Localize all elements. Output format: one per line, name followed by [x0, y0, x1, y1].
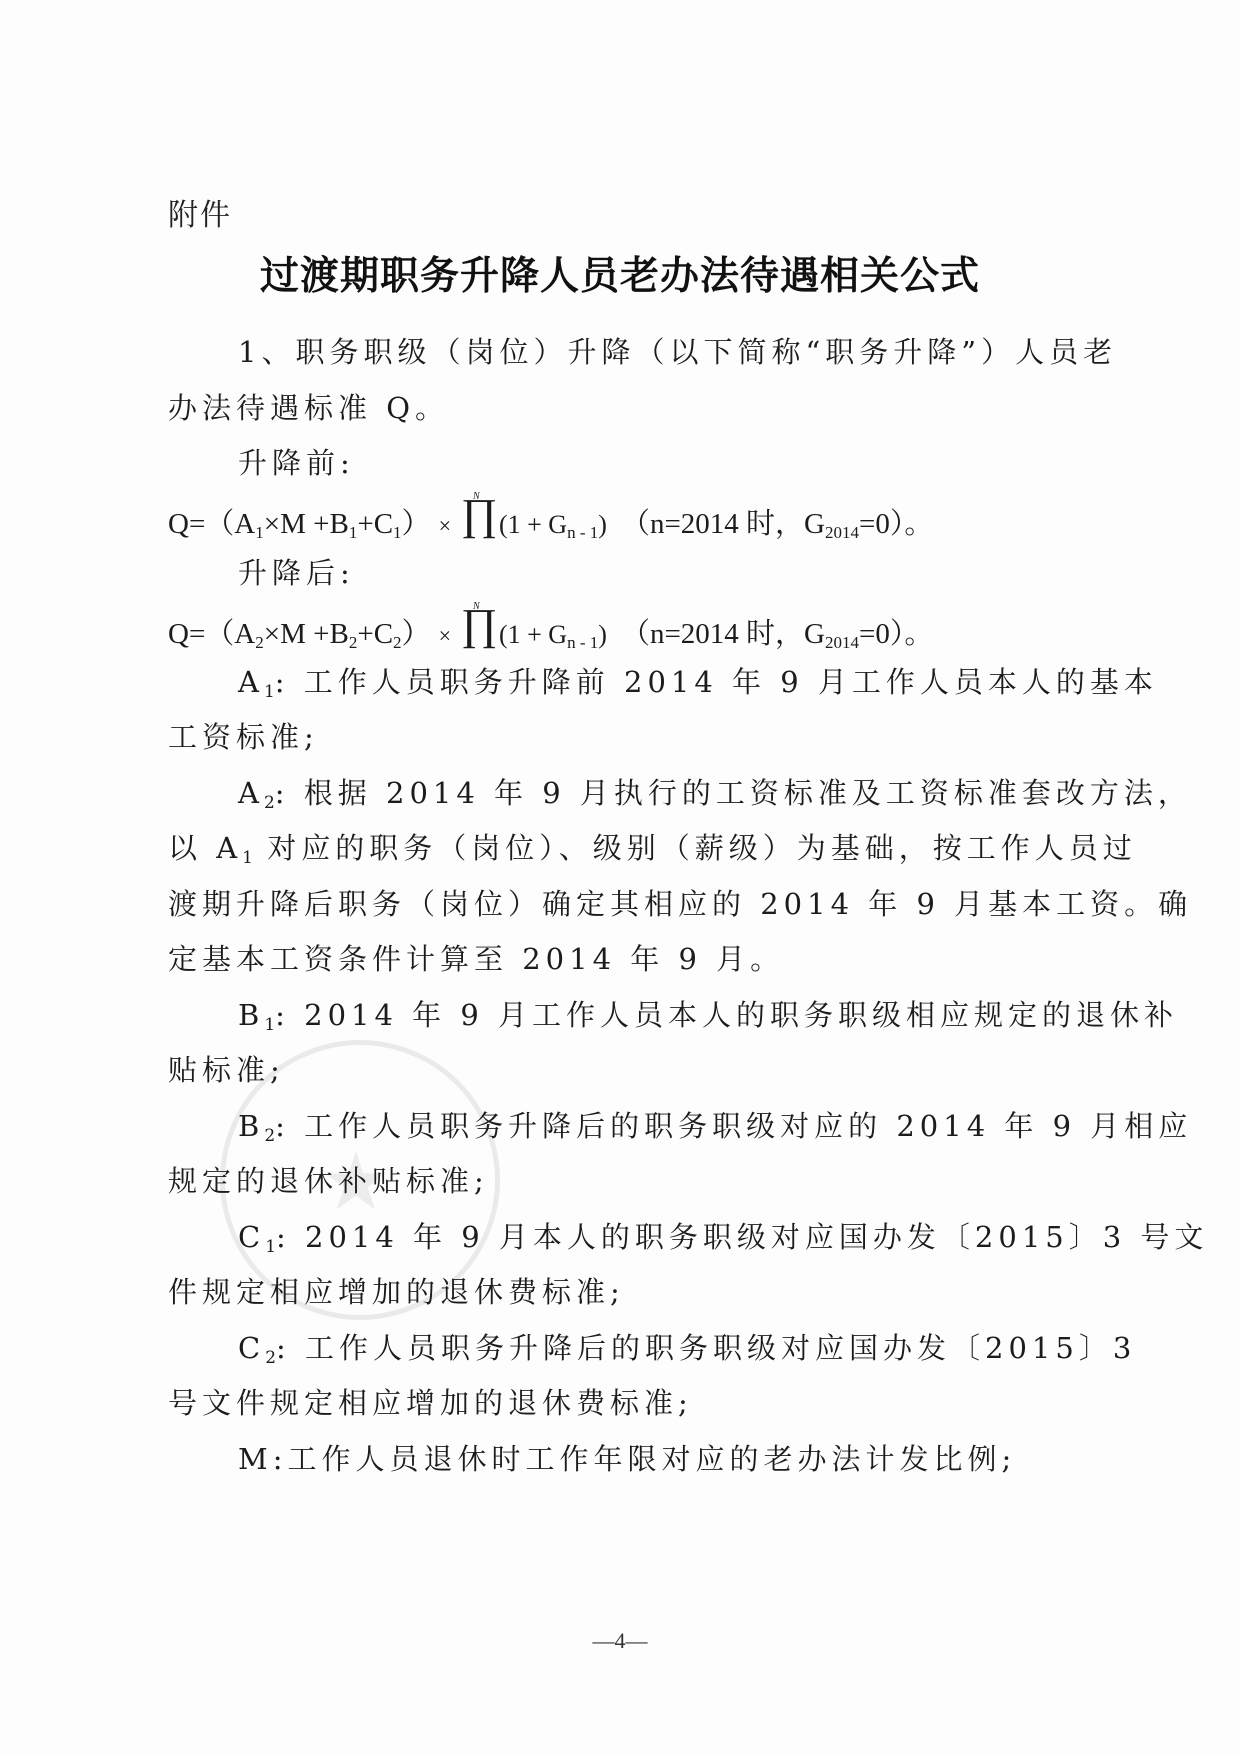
- definition-c2-line1: C2: 工作人员职务升降后的职务职级对应国办发〔2015〕3: [238, 1328, 1136, 1378]
- definition-b2-line1: B2: 工作人员职务升降后的职务职级对应的 2014 年 9 月相应: [238, 1106, 1192, 1156]
- definition-c1-line2: 件规定相应增加的退休费标准;: [168, 1272, 625, 1312]
- definition-m: M:工作人员退休时工作年限对应的老办法计发比例;: [238, 1439, 1016, 1479]
- section1-intro-line2: 办法待遇标准 Q。: [168, 388, 449, 428]
- page-number: —4—: [0, 1628, 1240, 1654]
- definition-a2-line1: A2: 根据 2014 年 9 月执行的工资标准及工资标准套改方法，: [238, 773, 1192, 823]
- product-operator: N∏n=2015: [459, 607, 497, 647]
- product-operator: N∏n=2015: [459, 497, 497, 537]
- before-label: 升降前:: [238, 443, 355, 483]
- formula-before: Q=（A1×M +B1+C1）×N∏n=2015(1 + Gn - 1)（n=2…: [168, 497, 933, 553]
- definition-a2-line4: 定基本工资条件计算至 2014 年 9 月。: [168, 939, 784, 979]
- definition-b1-line1: B1: 2014 年 9 月工作人员本人的职务职级相应规定的退休补: [238, 995, 1178, 1045]
- definition-c2-line2: 号文件规定相应增加的退休费标准;: [168, 1383, 693, 1423]
- definition-a1-line1: A1: 工作人员职务升降前 2014 年 9 月工作人员本人的基本: [238, 662, 1158, 712]
- formula-after: Q=（A2×M +B2+C2）×N∏n=2015(1 + Gn - 1)（n=2…: [168, 607, 933, 663]
- definition-b1-line2: 贴标准;: [168, 1050, 285, 1090]
- document-page: ★ 附件 过渡期职务升降人员老办法待遇相关公式 1、职务职级（岗位）升降（以下简…: [0, 0, 1240, 1754]
- document-title: 过渡期职务升降人员老办法待遇相关公式: [0, 245, 1240, 301]
- definition-a1-line2: 工资标准;: [168, 717, 319, 757]
- product-symbol-icon: ∏: [461, 491, 497, 539]
- product-symbol-icon: ∏: [461, 601, 497, 649]
- definition-b2-line2: 规定的退休补贴标准;: [168, 1161, 489, 1201]
- attachment-label: 附件: [168, 190, 232, 234]
- definition-a2-line3: 渡期升降后职务（岗位）确定其相应的 2014 年 9 月基本工资。确: [168, 884, 1192, 924]
- definition-c1-line1: C1: 2014 年 9 月本人的职务职级对应国办发〔2015〕3 号文: [238, 1217, 1208, 1267]
- section1-intro-line1: 1、职务职级（岗位）升降（以下简称“职务升降”）人员老: [238, 332, 1117, 372]
- definition-a2-line2: 以 A1 对应的职务（岗位）、级别（薪级）为基础，按工作人员过: [168, 828, 1137, 878]
- after-label: 升降后:: [238, 553, 355, 593]
